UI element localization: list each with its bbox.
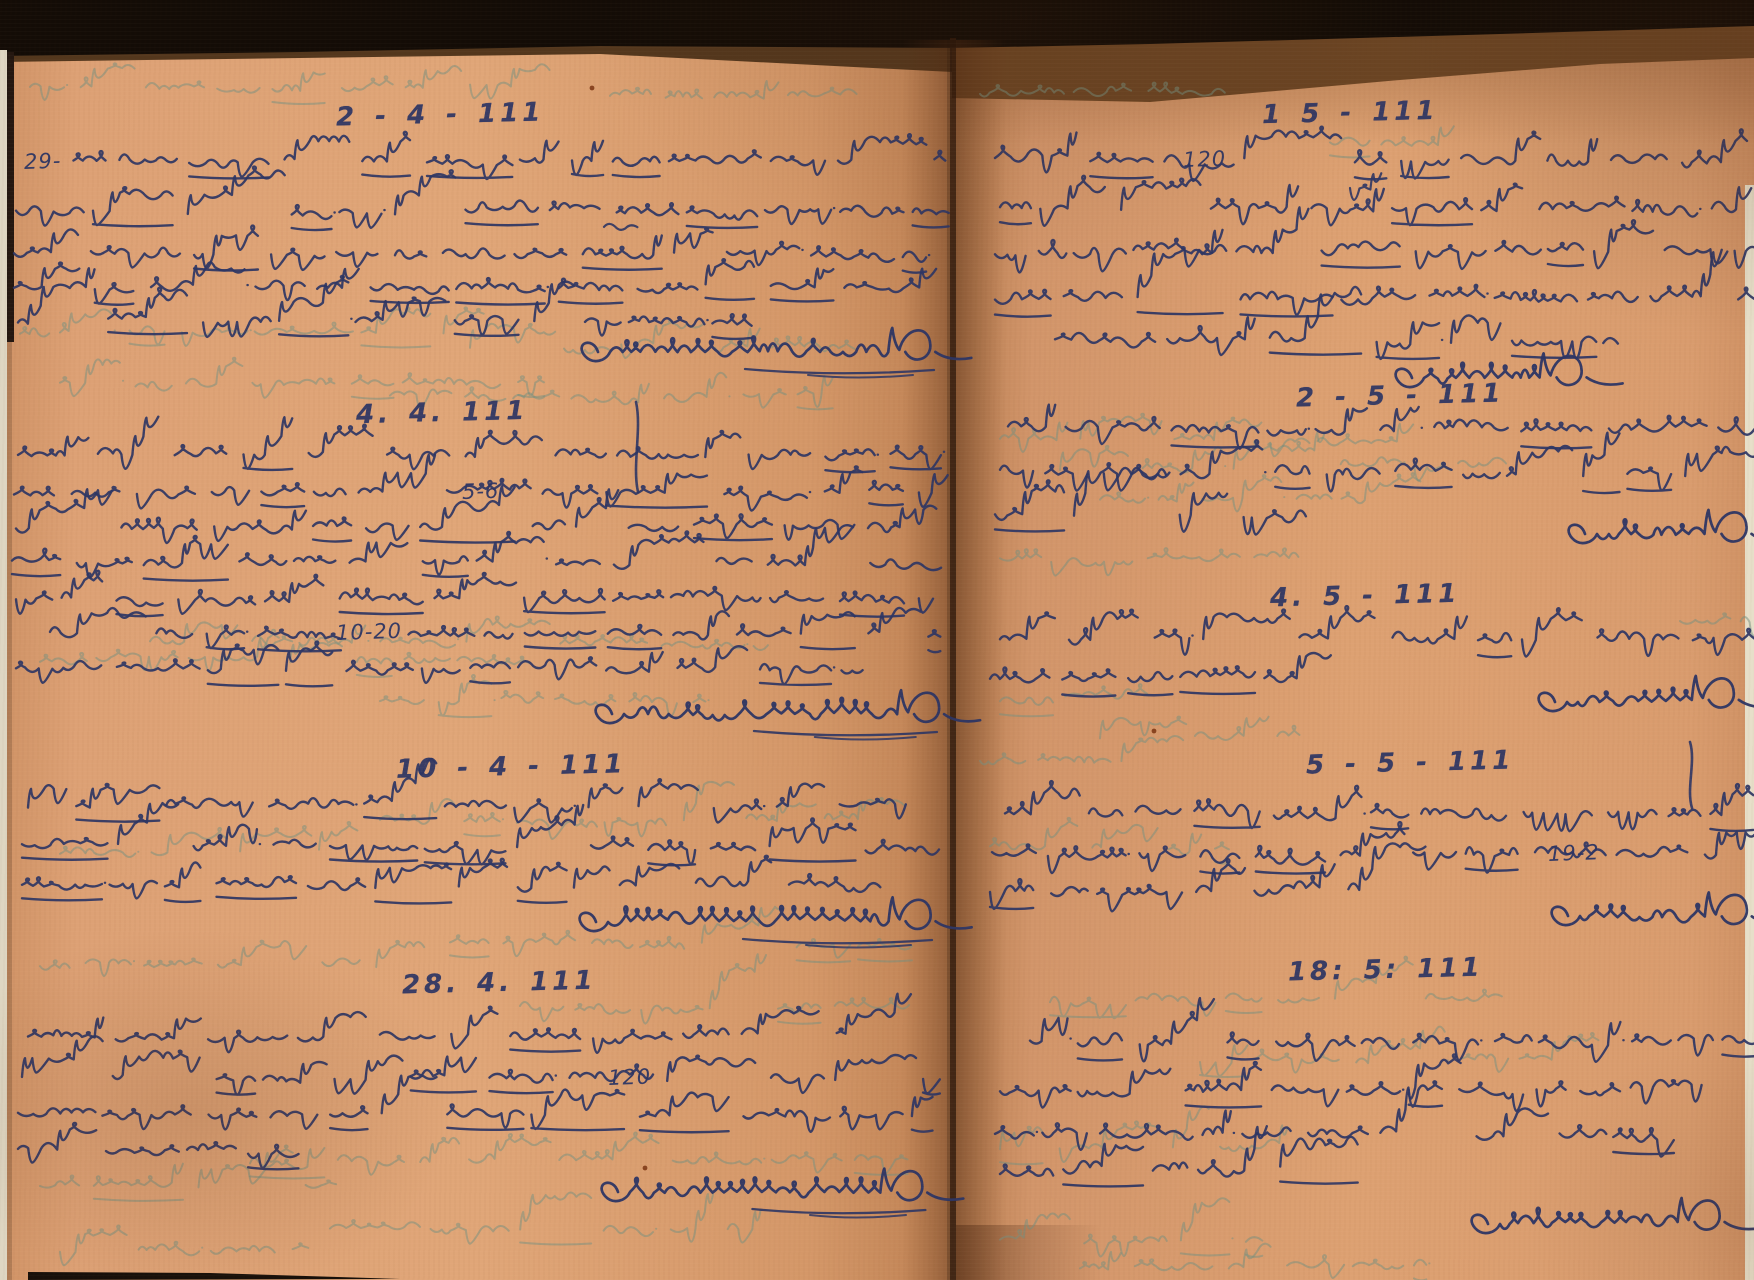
gutter-crease-line bbox=[950, 38, 956, 1280]
entry-date-heading: 5 - 5 - 111 bbox=[1306, 745, 1515, 780]
inline-numeral: 10-20 bbox=[336, 619, 403, 645]
entry-date-heading: 4. 4. 111 bbox=[356, 396, 529, 430]
entry-date-heading: 1 5 - 111 bbox=[1262, 96, 1439, 130]
inline-numeral: 29- bbox=[24, 149, 62, 174]
paper-speck bbox=[1152, 729, 1157, 734]
left-page-edge-dark bbox=[7, 52, 14, 342]
entry-date-heading: 18: 5: 111 bbox=[1288, 953, 1484, 988]
entry-date-heading: 28. 4. 111 bbox=[402, 966, 597, 1001]
gutter-bottom-shadow bbox=[956, 1225, 1101, 1280]
gutter-shade-right bbox=[956, 40, 1006, 1280]
paper-speck bbox=[590, 86, 595, 91]
scan-artwork: 29-5-610-2012012019-2 bbox=[0, 0, 1754, 1280]
scanned-notebook-spread: 29-5-610-2012012019-2 2 - 4 - 111 4. 4. … bbox=[0, 0, 1754, 1280]
right-page-edge-white bbox=[1745, 185, 1754, 1280]
right-page-paper bbox=[952, 28, 1754, 1280]
stray-pen-stroke bbox=[636, 402, 638, 492]
entry-date-heading: 2 - 4 - 111 bbox=[336, 97, 545, 132]
paper-speck bbox=[643, 1166, 648, 1171]
entry-date-heading: 2 - 5 - 111 bbox=[1296, 378, 1505, 413]
stray-pen-stroke bbox=[1690, 742, 1692, 808]
left-page-edge-white bbox=[0, 50, 7, 1280]
left-page-edge-faint bbox=[7, 342, 12, 1280]
entry-date-heading: 4. 5 - 111 bbox=[1270, 579, 1461, 614]
entry-date-heading: 10 - 4 - 111 bbox=[396, 749, 627, 785]
